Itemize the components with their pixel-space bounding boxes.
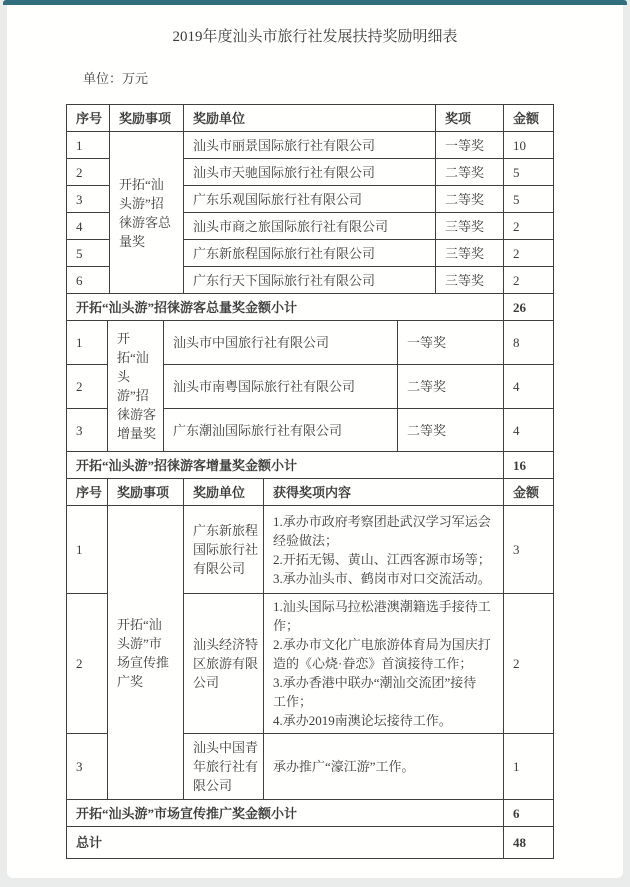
- prize-cell: 二等奖: [436, 186, 504, 213]
- content-cell: 1.承办市政府考察团赴武汉学习军运会 经验做法； 2.开拓无锡、黄山、江西客源市…: [264, 506, 504, 594]
- header-no: 序号: [67, 105, 110, 132]
- serial-cell: 2: [67, 594, 108, 734]
- header-amount: 金额: [504, 105, 554, 132]
- subtotal-amount: 26: [504, 294, 554, 321]
- award-table-increment: 1 开 拓“汕 头 游”招 徕游客 增量奖 汕头市中国旅行社有限公司 一等奖 8…: [66, 320, 554, 479]
- serial-cell: 4: [67, 213, 110, 240]
- table-row: 1 开拓“汕 头游”市 场宣传推 广奖 广东新旅程 国际旅行社 有限公司 1.承…: [67, 506, 554, 594]
- amount-cell: 3: [504, 506, 554, 594]
- amount-cell: 8: [504, 321, 554, 365]
- serial-cell: 2: [67, 159, 110, 186]
- prize-cell: 二等奖: [398, 409, 504, 452]
- serial-cell: 1: [67, 321, 108, 365]
- subtotal-label: 开拓“汕头游”市场宣传推广奖金额小计: [67, 800, 504, 827]
- serial-cell: 3: [67, 186, 110, 213]
- amount-cell: 5: [504, 159, 554, 186]
- award-item-cell: 开 拓“汕 头 游”招 徕游客 增量奖: [108, 321, 164, 452]
- company-cell: 汕头市丽景国际旅行社有限公司: [184, 132, 436, 159]
- table-row: 1 开 拓“汕 头 游”招 徕游客 增量奖 汕头市中国旅行社有限公司 一等奖 8: [67, 321, 554, 365]
- grand-total-amount: 48: [504, 827, 554, 859]
- company-cell: 广东行天下国际旅行社有限公司: [184, 267, 436, 294]
- amount-cell: 5: [504, 186, 554, 213]
- company-cell: 广东乐观国际旅行社有限公司: [184, 186, 436, 213]
- amount-cell: 4: [504, 365, 554, 409]
- serial-cell: 6: [67, 267, 110, 294]
- award-item-cell: 开拓“汕 头游”招 徕游客总 量奖: [110, 132, 184, 294]
- header-no: 序号: [67, 479, 108, 506]
- grand-total-row: 总计 48: [67, 827, 554, 859]
- amount-cell: 2: [504, 240, 554, 267]
- subtotal-amount: 6: [504, 800, 554, 827]
- amount-cell: 2: [504, 594, 554, 734]
- header-amount: 金额: [504, 479, 554, 506]
- prize-cell: 一等奖: [398, 321, 504, 365]
- amount-cell: 4: [504, 409, 554, 452]
- header-award-item: 奖励事项: [110, 105, 184, 132]
- header-company: 奖励单位: [184, 105, 436, 132]
- document-page: 2019年度汕头市旅行社发展扶持奖励明细表 单位：万元 序号 奖励事项 奖励单位…: [7, 5, 623, 878]
- company-cell: 汕头中国青 年旅行社有 限公司: [184, 734, 264, 800]
- prize-cell: 三等奖: [436, 267, 504, 294]
- serial-cell: 3: [67, 734, 108, 800]
- company-cell: 广东新旅程 国际旅行社 有限公司: [184, 506, 264, 594]
- table3-header-row: 序号 奖励事项 奖励单位 获得奖项内容 金额: [67, 479, 554, 506]
- award-tables: 序号 奖励事项 奖励单位 奖项 金额 1 开拓“汕 头游”招 徕游客总 量奖 汕…: [66, 104, 623, 859]
- table1-header-row: 序号 奖励事项 奖励单位 奖项 金额: [67, 105, 554, 132]
- amount-cell: 2: [504, 267, 554, 294]
- subtotal-row: 开拓“汕头游”招徕游客增量奖金额小计 16: [67, 452, 554, 479]
- serial-cell: 5: [67, 240, 110, 267]
- company-cell: 汕头市商之旅国际旅行社有限公司: [184, 213, 436, 240]
- header-award-content: 获得奖项内容: [264, 479, 504, 506]
- unit-label: 单位：万元: [83, 68, 623, 87]
- subtotal-amount: 16: [504, 452, 554, 479]
- prize-cell: 二等奖: [398, 365, 504, 409]
- table-row: 1 开拓“汕 头游”招 徕游客总 量奖 汕头市丽景国际旅行社有限公司 一等奖 1…: [67, 132, 554, 159]
- prize-cell: 三等奖: [436, 240, 504, 267]
- company-cell: 广东潮汕国际旅行社有限公司: [164, 409, 398, 452]
- company-cell: 汕头市天驰国际旅行社有限公司: [184, 159, 436, 186]
- header-company: 奖励单位: [184, 479, 264, 506]
- serial-cell: 1: [67, 132, 110, 159]
- company-cell: 广东新旅程国际旅行社有限公司: [184, 240, 436, 267]
- amount-cell: 2: [504, 213, 554, 240]
- subtotal-label: 开拓“汕头游”招徕游客总量奖金额小计: [67, 294, 504, 321]
- content-cell: 承办推广“濠江游”工作。: [264, 734, 504, 800]
- amount-cell: 1: [504, 734, 554, 800]
- header-award-item: 奖励事项: [108, 479, 184, 506]
- content-cell: 1.汕头国际马拉松港澳潮籍选手接待工 作； 2.承办市文化广电旅游体育局为国庆打…: [264, 594, 504, 734]
- prize-cell: 二等奖: [436, 159, 504, 186]
- company-cell: 汕头市中国旅行社有限公司: [164, 321, 398, 365]
- amount-cell: 10: [504, 132, 554, 159]
- award-table-promotion: 序号 奖励事项 奖励单位 获得奖项内容 金额 1 开拓“汕 头游”市 场宣传推 …: [66, 478, 554, 859]
- prize-cell: 三等奖: [436, 213, 504, 240]
- company-cell: 汕头经济特 区旅游有限 公司: [184, 594, 264, 734]
- serial-cell: 3: [67, 409, 108, 452]
- award-item-cell: 开拓“汕 头游”市 场宣传推 广奖: [108, 506, 184, 800]
- company-cell: 汕头市南粤国际旅行社有限公司: [164, 365, 398, 409]
- grand-total-label: 总计: [67, 827, 504, 859]
- header-prize: 奖项: [436, 105, 504, 132]
- subtotal-label: 开拓“汕头游”招徕游客增量奖金额小计: [67, 452, 504, 479]
- page-title: 2019年度汕头市旅行社发展扶持奖励明细表: [7, 25, 623, 46]
- award-table-total-volume: 序号 奖励事项 奖励单位 奖项 金额 1 开拓“汕 头游”招 徕游客总 量奖 汕…: [66, 104, 554, 321]
- subtotal-row: 开拓“汕头游”市场宣传推广奖金额小计 6: [67, 800, 554, 827]
- serial-cell: 2: [67, 365, 108, 409]
- prize-cell: 一等奖: [436, 132, 504, 159]
- serial-cell: 1: [67, 506, 108, 594]
- subtotal-row: 开拓“汕头游”招徕游客总量奖金额小计 26: [67, 294, 554, 321]
